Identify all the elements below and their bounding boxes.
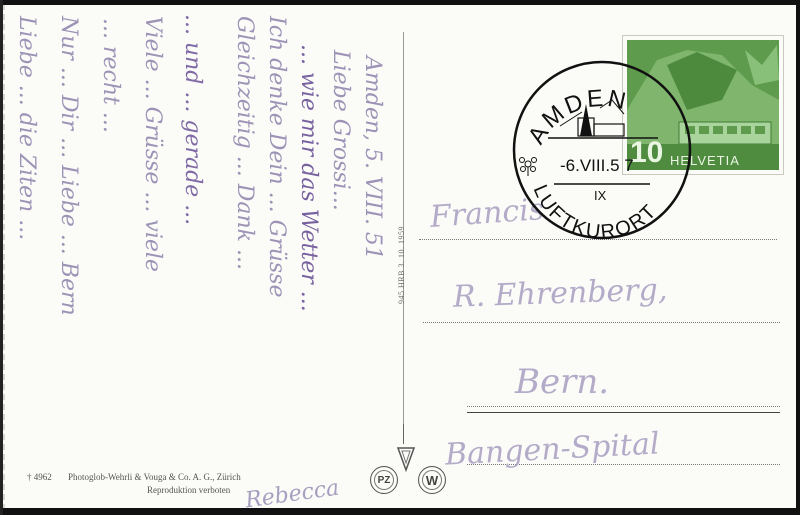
message-line: ... recht ... xyxy=(98,18,123,133)
message-line: Liebe ... die Ziten ... xyxy=(14,16,39,240)
message-line: Liebe Grossi... xyxy=(328,50,353,211)
card-number: † 4962 xyxy=(27,472,52,482)
message-line: Gleichzeitig ... Dank ... xyxy=(232,16,257,270)
address-underline xyxy=(467,412,780,413)
card-edge-top xyxy=(0,0,800,5)
message-line: Viele ... Grüsse ... viele xyxy=(140,16,165,272)
card-edge-right xyxy=(796,0,800,515)
postcard: 945 HRB 3. 10. 1959 Amden, 5. VIII. 51 L… xyxy=(3,4,799,510)
address-street: Bangen-Spital xyxy=(444,426,660,472)
pz-logo-icon: PZ xyxy=(370,466,398,494)
publisher-imprint: † 4962 Photoglob-Wehrli & Vouga & Co. A.… xyxy=(27,472,241,482)
svg-text:AMDEN: AMDEN xyxy=(523,85,631,149)
address-recipient: R. Ehrenberg, xyxy=(452,272,667,314)
message-line: Ich denke Dein ... Grüsse xyxy=(264,16,289,297)
svg-text:IX: IX xyxy=(594,188,607,203)
w-logo-icon: W xyxy=(418,466,446,494)
center-divider-tail xyxy=(403,424,404,444)
publisher-name: Photoglob-Wehrli & Vouga & Co. A. G., Zü… xyxy=(68,472,241,482)
printer-code: 945 HRB 3. 10. 1959 xyxy=(397,226,406,304)
postmark-cancellation-icon: AMDEN LUFTKURORT -6.VIII.5 7 IX xyxy=(508,56,696,244)
message-line: Amden, 5. VIII. 51 xyxy=(360,56,385,260)
card-edge-left xyxy=(0,0,3,515)
svg-text:-6.VIII.5 7: -6.VIII.5 7 xyxy=(560,156,634,175)
message-line: ... und ... gerade ... xyxy=(180,14,205,225)
address-line-2 xyxy=(423,322,780,323)
address-city: Bern. xyxy=(515,362,609,402)
v-logo-icon xyxy=(397,446,415,472)
reproduction-notice: Reproduktion verboten xyxy=(147,485,230,495)
card-edge-bottom xyxy=(0,508,800,515)
message-line: Nur ... Dir ... Liebe ... Bern xyxy=(56,16,81,316)
address-line-3 xyxy=(467,406,780,407)
message-line: ... wie mir das Wetter ... xyxy=(296,44,321,312)
